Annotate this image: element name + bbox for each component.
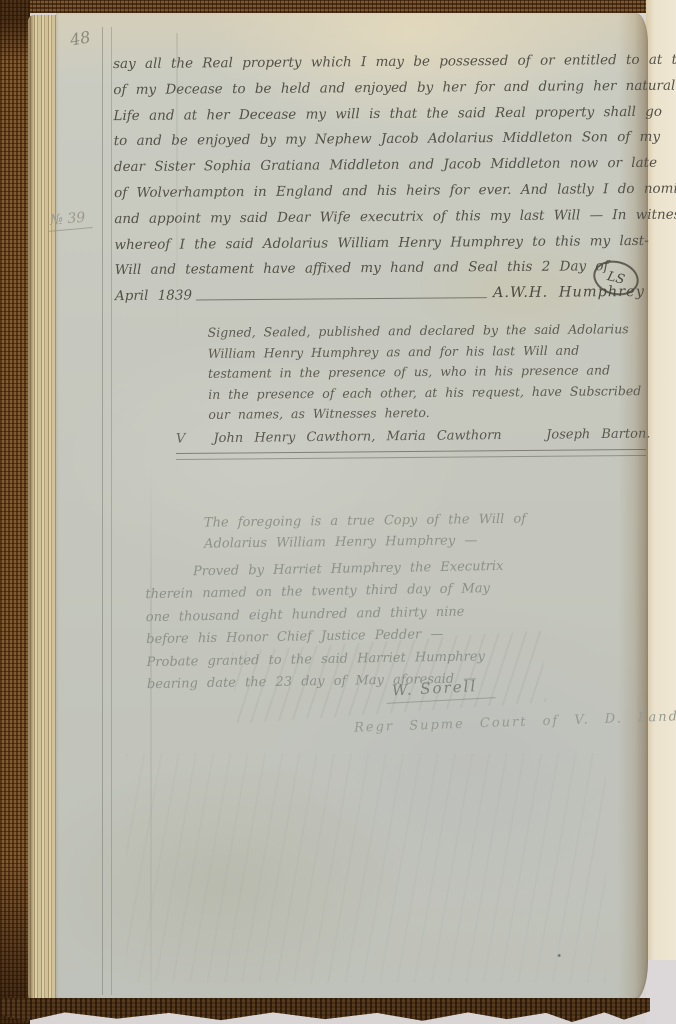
will-line: and appoint my said Dear Wife executrix … [114, 203, 644, 233]
manuscript-page: 48 № 39 say all the Real property which … [56, 13, 648, 1002]
book-binding-bottom-edge [0, 998, 650, 1022]
will-line: of my Decease to be held and enjoyed by … [113, 74, 643, 104]
will-date: April 1839 [115, 284, 192, 310]
page-number: 48 [69, 27, 92, 49]
next-page-edge [646, 0, 676, 996]
will-date-line: April 1839 A.W.H. Humphrey [115, 280, 645, 310]
will-line: say all the Real property which I may be… [113, 48, 643, 78]
margin-note: № 39 [47, 209, 92, 232]
witness-names: John Henry Cawthorn, Maria Cawthorn Jose… [213, 427, 650, 447]
certification-line: Adolarius William Henry Humphrey — [204, 528, 624, 554]
reverse-page-showthrough [126, 753, 606, 983]
attestation-line: in the presence of each other, at his re… [208, 381, 640, 405]
book-binding-top-edge [0, 0, 648, 13]
attestation-block: Signed, Sealed, published and declared b… [208, 319, 641, 426]
manuscript-scan: 48 № 39 say all the Real property which … [0, 0, 676, 1024]
margin-rule-lines [102, 27, 112, 995]
book-binding-spine [0, 0, 30, 1024]
witness-signatures: V John Henry Cawthorn, Maria Cawthorn Jo… [176, 427, 651, 447]
will-text-block: say all the Real property which I may be… [113, 48, 645, 310]
witness-mark: V [176, 431, 186, 446]
seal-initials: LS [606, 269, 627, 288]
background-corner [646, 960, 676, 1024]
attestation-line: our names, as Witnesses hereto. [208, 401, 640, 425]
divider-rule [176, 449, 646, 460]
true-copy-certification: The foregoing is a true Copy of the Will… [204, 507, 624, 554]
ink-rule [196, 297, 487, 300]
will-line: of Wolverhampton in England and his heir… [114, 177, 644, 207]
